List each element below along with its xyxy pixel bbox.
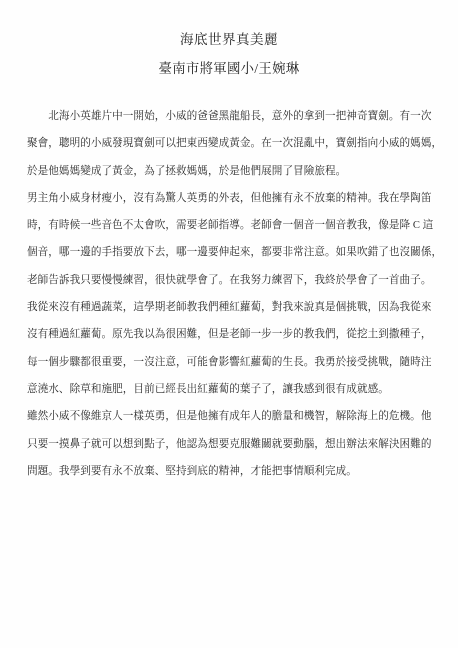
text-line: 男主角小威身材瘦小，沒有為驚人英勇的外表，但他擁有永不放棄的精神。我在學陶笛 bbox=[27, 185, 433, 212]
text-line: 聚會，聰明的小威發現寶劍可以把東西變成黃金。在一次混亂中，寶劍指向小威的媽媽， bbox=[27, 130, 433, 157]
text-line: 時，有時候一些音色不太會吹，需要老師指導。老師會一個音一個音教我，像是降 C 這 bbox=[27, 212, 433, 239]
text-line: 個音，哪一邊的手指要放下去，哪一邊要伸起來，都要非常注意。如果吹錯了也沒關係， bbox=[27, 239, 433, 266]
essay-body: 北海小英雄片中一開始，小威的爸爸黑龍船長，意外的拿到一把神奇寶劍。有一次聚會，聰… bbox=[27, 103, 433, 485]
paragraph-3: 雖然小威不像維京人一樣英勇，但是他擁有成年人的膽量和機智，解除海上的危機。他只要… bbox=[27, 403, 433, 485]
essay-byline: 臺南市將軍國小/王婉琳 bbox=[0, 59, 458, 79]
text-line: 北海小英雄片中一開始，小威的爸爸黑龍船長，意外的拿到一把神奇寶劍。有一次 bbox=[27, 103, 433, 130]
text-line: 沒有種過紅蘿蔔。原先我以為很困難，但是老師一步一步的教我們，從挖土到撒種子， bbox=[27, 321, 433, 348]
text-line: 於是他媽媽變成了黃金，為了拯救媽媽，於是他們展開了冒險旅程。 bbox=[27, 158, 433, 185]
text-line: 我從來沒有種過蔬菜，這學期老師教我們種紅蘿蔔，對我來說真是個挑戰，因為我從來 bbox=[27, 294, 433, 321]
document-page: 海底世界真美麗 臺南市將軍國小/王婉琳 北海小英雄片中一開始，小威的爸爸黑龍船長… bbox=[0, 0, 458, 648]
text-line: 雖然小威不像維京人一樣英勇，但是他擁有成年人的膽量和機智，解除海上的危機。他 bbox=[27, 403, 433, 430]
text-line: 問題。我學到要有永不放棄、堅持到底的精神，才能把事情順利完成。 bbox=[27, 458, 433, 485]
text-line: 每一個步驟都很重要，一沒注意，可能會影響紅蘿蔔的生長。我勇於接受挑戰，隨時注 bbox=[27, 349, 433, 376]
paragraph-2: 男主角小威身材瘦小，沒有為驚人英勇的外表，但他擁有永不放棄的精神。我在學陶笛時，… bbox=[27, 185, 433, 403]
text-line: 只要一摸鼻子就可以想到點子，他認為想要克服難關就要動腦，想出辦法來解決困難的 bbox=[27, 431, 433, 458]
essay-title: 海底世界真美麗 bbox=[0, 30, 458, 50]
text-line: 意澆水、除草和施肥，目前已經長出紅蘿蔔的葉子了，讓我感到很有成就感。 bbox=[27, 376, 433, 403]
text-line: 老師告訴我只要慢慢練習，很快就學會了。在我努力練習下，我終於學會了一首曲子。 bbox=[27, 267, 433, 294]
paragraph-1: 北海小英雄片中一開始，小威的爸爸黑龍船長，意外的拿到一把神奇寶劍。有一次聚會，聰… bbox=[27, 103, 433, 185]
